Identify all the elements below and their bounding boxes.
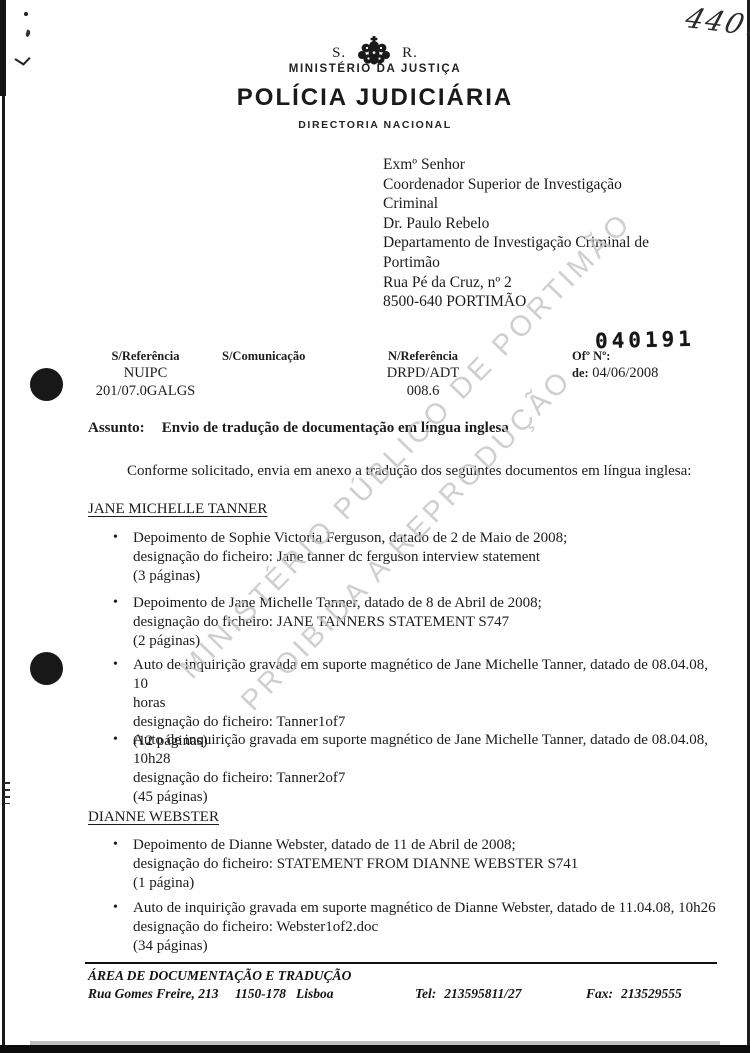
item-filename: designação do ficheiro: Tanner1of7 [133,713,725,732]
recipient-line: Coordenador Superior de Investigação [383,175,649,195]
item-description: Auto de inquirição gravada em suporte ma… [133,899,725,918]
item-description-wrap: 10h28 [133,750,725,769]
item-filename: designação do ficheiro: Tanner2of7 [133,769,725,788]
crest-initial-right: R. [402,45,418,62]
item-filename: designação do ficheiro: Jane tanner dc f… [133,548,725,567]
item-pagecount: (34 páginas) [133,937,725,956]
ministry-title: MINISTÉRIO DA JUSTIÇA [0,63,750,75]
footer-tel-value: 213595811/27 [444,986,521,1001]
bullet-icon: • [113,900,118,916]
bullet-icon: • [113,837,118,853]
section-heading-dianne-webster: DIANNE WEBSTER [88,809,219,826]
your-communication-label: S/Comunicação [222,349,352,364]
footer-fax-value: 213529555 [621,986,682,1001]
scan-edge-bottom [0,1045,750,1053]
hole-punch-top [30,368,63,401]
item-pagecount: (45 páginas) [133,788,725,807]
footer-fax-label: Fax: [586,986,613,1001]
office-date-value: 04/06/2008 [592,365,658,381]
directorate-subtitle: DIRECTORIA NACIONAL [0,119,750,131]
scan-edge-left [2,0,5,1053]
scanned-letter-page: { "artifacts": { "handwritten_page_numbe… [0,0,750,1053]
bullet-icon: • [113,732,118,748]
footer-street: Rua Gomes Freire, 213 [88,986,219,1002]
your-communication-column: S/Comunicação [222,349,352,364]
item-filename: designação do ficheiro: Webster1of2.doc [133,918,725,937]
footer-tel-label: Tel: [415,986,436,1001]
scan-edge-dashes [4,782,10,804]
item-description: Auto de inquirição gravada em suporte ma… [133,731,725,750]
footer-postal-code: 1150-178 [235,986,286,1002]
footer-fax: Fax:213529555 [586,986,682,1002]
bullet-icon: • [113,530,118,546]
bullet-icon: • [113,595,118,611]
item-filename: designação do ficheiro: STATEMENT FROM D… [133,855,725,874]
intro-paragraph: Conforme solicitado, envia em anexo a tr… [127,463,727,480]
footer-city: Lisboa [296,986,334,1002]
bullet-icon: • [113,657,118,673]
section-heading-jane-tanner: JANE MICHELLE TANNER [88,501,267,518]
office-number-label: Ofº Nº: [572,349,722,364]
item-description-wrap: horas [133,694,725,713]
item-description: Auto de inquirição gravada em suporte ma… [133,656,725,694]
office-number-column: Ofº Nº: de: 04/06/2008 [572,349,722,382]
scan-speck-dot [24,12,28,16]
item-description: Depoimento de Dianne Webster, datado de … [133,836,725,855]
recipient-line: Rua Pé da Cruz, nº 2 [383,273,649,293]
your-reference-value-2: 201/07.0GALGS [88,382,203,400]
recipient-line: Exmº Senhor [383,155,649,175]
footer-telephone: Tel:213595811/27 [415,986,522,1002]
crest-initial-left: S. [332,45,346,62]
hole-punch-bottom [30,652,63,685]
your-reference-label: S/Referência [88,349,203,364]
item-pagecount: (1 página) [133,874,725,893]
subject-text: Envio de tradução de documentação em lín… [162,420,509,436]
your-reference-value-1: NUIPC [88,364,203,382]
organization-title: POLÍCIA JUDICIÁRIA [0,84,750,112]
subject-label: Assunto: [88,420,158,437]
footer-department: ÁREA DE DOCUMENTAÇÃO E TRADUÇÃO [88,968,351,984]
your-reference-column: S/Referência NUIPC 201/07.0GALGS [88,349,203,400]
item-pagecount: (3 páginas) [133,567,725,586]
item-description: Depoimento de Jane Michelle Tanner, data… [133,594,725,613]
office-date-label: de: [572,366,589,380]
footer-divider [85,962,717,964]
